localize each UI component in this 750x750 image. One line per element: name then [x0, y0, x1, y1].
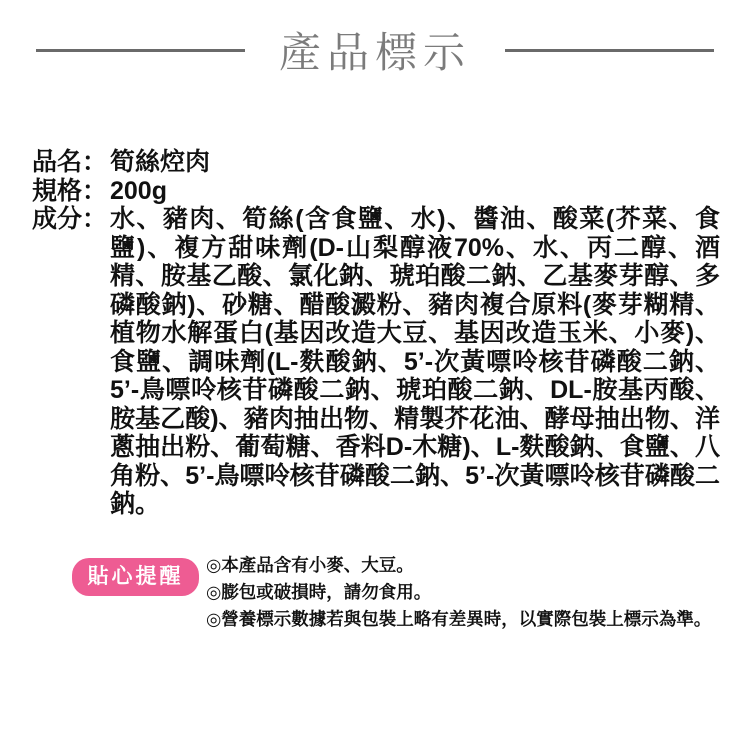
product-spec-value: 200g: [110, 177, 720, 206]
page-header: 產品標示: [0, 20, 750, 80]
product-ingredients-value: 水、豬肉、筍絲(含食鹽、水)、醬油、酸菜(芥菜、食鹽)、複方甜味劑(D-山梨醇液…: [110, 205, 720, 519]
reminder-item-nutrition-note: ◎營養標示數據若與包裝上略有差異時，以實際包裝上標示為準。: [206, 606, 711, 633]
page-title: 產品標示: [279, 20, 471, 80]
product-label-fields: 品名： 筍絲焢肉 規格： 200g 成分： 水、豬肉、筍絲(含食鹽、水)、醬油、…: [32, 148, 720, 519]
field-row-ingredients: 成分： 水、豬肉、筍絲(含食鹽、水)、醬油、酸菜(芥菜、食鹽)、複方甜味劑(D-…: [32, 205, 720, 519]
reminder-badge: 貼心提醒: [72, 558, 199, 596]
product-spec-label: 規格：: [32, 177, 110, 206]
reminder-item-allergens: ◎本產品含有小麥、大豆。: [206, 552, 711, 579]
product-ingredients-label: 成分：: [32, 205, 110, 519]
reminder-list: ◎本產品含有小麥、大豆。 ◎膨包或破損時，請勿食用。 ◎營養標示數據若與包裝上略…: [206, 552, 711, 633]
product-name-value: 筍絲焢肉: [110, 148, 720, 177]
field-row-name: 品名： 筍絲焢肉: [32, 148, 720, 177]
field-row-spec: 規格： 200g: [32, 177, 720, 206]
product-name-label: 品名：: [32, 148, 110, 177]
reminder-item-damage-warning: ◎膨包或破損時，請勿食用。: [206, 579, 711, 606]
header-rule-left: [36, 49, 245, 52]
reminder-section: 貼心提醒 ◎本產品含有小麥、大豆。 ◎膨包或破損時，請勿食用。 ◎營養標示數據若…: [72, 552, 711, 633]
header-rule-right: [505, 49, 714, 52]
